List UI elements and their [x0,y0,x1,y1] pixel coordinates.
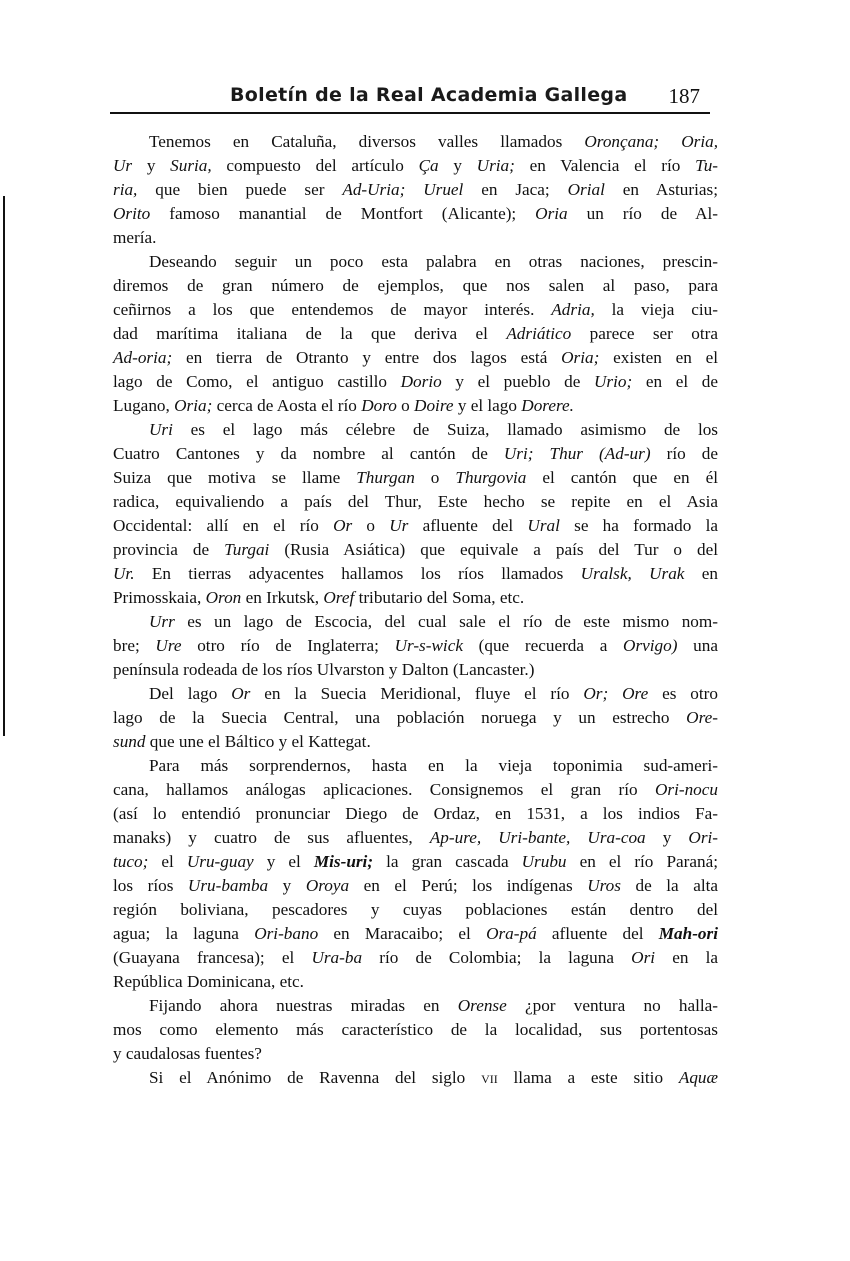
text-line: dad marítima italiana de la que deriva e… [113,322,718,346]
italic-term: Uralsk, Urak [581,564,685,583]
text-run: región boliviana, pescadores y cuyas pob… [113,900,718,919]
text-run: Del lago [149,684,231,703]
bold-italic-term: Mah-ori [659,924,718,943]
text-line: mos como elemento más característico de … [113,1018,718,1042]
text-line: agua; la laguna Ori-bano en Maracaibo; e… [113,922,718,946]
text-line: sund que une el Báltico y el Kattegat. [113,730,718,754]
italic-term: Suria, [170,156,212,175]
text-run: Deseando seguir un poco esta palabra en … [149,252,718,271]
text-line: manaks) y cuatro de sus afluentes, Ap-ur… [113,826,718,850]
text-line: Ur y Suria, compuesto del artículo Ça y … [113,154,718,178]
italic-term: Aquæ [679,1068,718,1087]
italic-term: Thurgan [356,468,415,487]
text-line: ceñirnos a los que entendemos de mayor i… [113,298,718,322]
text-run: provincia de [113,540,224,559]
text-line: los ríos Uru-bamba y Oroya en el Perú; l… [113,874,718,898]
text-line: (así lo entendió pronunciar Diego de Ord… [113,802,718,826]
text-run: manaks) y cuatro de sus afluentes, [113,828,430,847]
text-run: agua; la laguna [113,924,254,943]
italic-term: Ura-ba [311,948,362,967]
text-run: existen en el [599,348,718,367]
text-line: Tenemos en Cataluña, diversos valles lla… [113,130,718,154]
text-run: compuesto del artículo [212,156,419,175]
text-run: y [268,876,306,895]
text-run: río de Colombia; la laguna [362,948,631,967]
text-line: Primosskaia, Oron en Irkutsk, Oref tribu… [113,586,718,610]
text-line: Si el Anónimo de Ravenna del siglo vii l… [113,1066,718,1090]
text-run: Para más sorprendernos, hasta en la viej… [149,756,718,775]
text-line: Cuatro Cantones y da nombre al cantón de… [113,442,718,466]
italic-term: Ur [389,516,408,535]
text-line: región boliviana, pescadores y cuyas pob… [113,898,718,922]
text-run: (así lo entendió pronunciar Diego de Ord… [113,804,718,823]
text-run: Occidental: allí en el río [113,516,333,535]
text-run: En tierras adyacentes hallamos los ríos … [135,564,581,583]
text-run: la vieja ciu- [595,300,718,319]
text-run: en el de [632,372,718,391]
text-run: mería. [113,228,156,247]
text-run: en el río Paraná; [567,852,718,871]
text-run: afluente del [408,516,527,535]
text-run: o [352,516,389,535]
text-line: cana, hallamos análogas aplicaciones. Co… [113,778,718,802]
text-run: Fijando ahora nuestras miradas en [149,996,458,1015]
text-run: o [415,468,456,487]
text-line: Ur. En tierras adyacentes hallamos los r… [113,562,718,586]
paragraph: Deseando seguir un poco esta palabra en … [113,250,718,418]
paragraph: Para más sorprendernos, hasta en la viej… [113,754,718,994]
text-run: República Dominicana, etc. [113,972,304,991]
text-line: bre; Ure otro río de Inglaterra; Ur-s-wi… [113,634,718,658]
italic-term: Orense [458,996,507,1015]
text-run: en Asturias; [605,180,718,199]
text-run: península rodeada de los ríos Ulvarston … [113,660,534,679]
text-run: los ríos [113,876,188,895]
body-text: Tenemos en Cataluña, diversos valles lla… [113,130,718,1090]
paragraph: Tenemos en Cataluña, diversos valles lla… [113,130,718,250]
italic-term: Oria [535,204,567,223]
italic-term: Ori [631,948,655,967]
italic-term: Uria; [477,156,515,175]
text-run: en [684,564,718,583]
text-run: río de [651,444,718,463]
text-run: Primosskaia, [113,588,206,607]
text-run: en Irkutsk, [241,588,323,607]
text-run: y el lago [454,396,522,415]
italic-term: Ure [155,636,181,655]
text-run: parece ser otra [571,324,718,343]
text-run: llama a este sitio [498,1068,679,1087]
italic-term: Adria, [551,300,594,319]
italic-term: Uri [149,420,173,439]
italic-term: tuco; [113,852,148,871]
italic-term: Adriático [506,324,571,343]
italic-term: Or; Ore [583,684,648,703]
text-run: lago de la Suecia Central, una población… [113,708,686,727]
italic-term: Ural [527,516,559,535]
text-run: Cuatro Cantones y da nombre al cantón de [113,444,504,463]
italic-term: Uri; Thur (Ad-ur) [504,444,651,463]
text-line: mería. [113,226,718,250]
paragraph: Urr es un lago de Escocia, del cual sale… [113,610,718,682]
italic-term: Dorere. [521,396,574,415]
italic-term: Oria; [174,396,212,415]
text-run: en el Perú; los indígenas [349,876,587,895]
text-line: lago de la Suecia Central, una población… [113,706,718,730]
text-line: lago de Como, el antiguo castillo Dorio … [113,370,718,394]
text-line: provincia de Turgai (Rusia Asiática) que… [113,538,718,562]
text-run: el cantón que en él [526,468,718,487]
text-line: y caudalosas fuentes? [113,1042,718,1066]
italic-term: Orial [568,180,605,199]
text-line: tuco; el Uru-guay y el Mis-uri; la gran … [113,850,718,874]
text-run: en tierra de Otranto y entre dos lagos e… [172,348,561,367]
text-line: Uri es el lago más célebre de Suiza, lla… [113,418,718,442]
text-line: Urr es un lago de Escocia, del cual sale… [113,610,718,634]
text-line: Ad-oria; en tierra de Otranto y entre do… [113,346,718,370]
italic-term: Uru-bamba [188,876,268,895]
text-run: y [646,828,689,847]
italic-term: Ori-bano [254,924,318,943]
italic-term: Doro [361,396,397,415]
text-run: la gran cascada [373,852,522,871]
text-run: en la Suecia Meridional, fluye el río [250,684,583,703]
italic-term: Doire [414,396,453,415]
small-caps-numeral: vii [481,1068,498,1087]
text-run: una [677,636,718,655]
text-run: o [397,396,414,415]
italic-term: Ur-s-wick [395,636,463,655]
text-run: ¿por ventura no halla- [507,996,718,1015]
italic-term: Oria; [561,348,599,367]
text-run: (Rusia Asiática) que equivale a país del… [269,540,718,559]
italic-term: Ur. [113,564,135,583]
text-run: mos como elemento más característico de … [113,1020,718,1039]
text-run: que une el Báltico y el Kattegat. [145,732,370,751]
italic-term: Or [333,516,352,535]
italic-term: Ap-ure, Uri-bante, Ura-coa [430,828,646,847]
text-line: península rodeada de los ríos Ulvarston … [113,658,718,682]
paragraph: Uri es el lago más célebre de Suiza, lla… [113,418,718,610]
text-run: y el [254,852,314,871]
italic-term: Uros [587,876,621,895]
text-run: en la [655,948,718,967]
italic-term: Urr [149,612,175,631]
italic-term: Oronçana; Oria, [584,132,718,151]
text-run: se ha formado la [560,516,718,535]
paragraph: Fijando ahora nuestras miradas en Orense… [113,994,718,1066]
italic-term: Orvigo) [623,636,677,655]
text-run: diremos de gran número de ejemplos, que … [113,276,718,295]
bold-italic-term: Mis-uri; [314,852,373,871]
text-run: es otro [648,684,718,703]
italic-term: sund [113,732,145,751]
text-run: en Maracaibo; el [318,924,486,943]
text-run: dad marítima italiana de la que deriva e… [113,324,506,343]
italic-term: Oron [206,588,242,607]
text-run: es el lago más célebre de Suiza, llamado… [173,420,718,439]
text-run: y caudalosas fuentes? [113,1044,262,1063]
text-run: Si el Anónimo de Ravenna del siglo [149,1068,481,1087]
text-run: bre; [113,636,155,655]
text-run: lago de Como, el antiguo castillo [113,372,401,391]
text-run: de la alta [621,876,718,895]
text-run: cerca de Aosta el río [212,396,361,415]
running-title: Boletín de la Real Academia Gallega [230,84,627,106]
italic-term: Ori- [688,828,718,847]
text-line: diremos de gran número de ejemplos, que … [113,274,718,298]
italic-term: Ora-pá [486,924,537,943]
text-run: y el pueblo de [442,372,594,391]
italic-term: Orito [113,204,150,223]
text-run: Lugano, [113,396,174,415]
text-line: Del lago Or en la Suecia Meridional, flu… [113,682,718,706]
text-run: radica, equivaliendo a país del Thur, Es… [113,492,718,511]
text-run: en Jaca; [463,180,567,199]
text-line: radica, equivaliendo a país del Thur, Es… [113,490,718,514]
text-run: y [132,156,170,175]
text-run: es un lago de Escocia, del cual sale el … [175,612,718,631]
text-run: otro río de Inglaterra; [182,636,395,655]
text-run: el [148,852,187,871]
text-run: y [439,156,477,175]
text-run: afluente del [537,924,659,943]
text-line: Occidental: allí en el río Or o Ur aflue… [113,514,718,538]
paragraph: Si el Anónimo de Ravenna del siglo vii l… [113,1066,718,1090]
text-run: tributario del Soma, etc. [354,588,524,607]
text-line: ria, que bien puede ser Ad-Uria; Uruel e… [113,178,718,202]
page-number: 187 [669,84,701,109]
italic-term: Urubu [522,852,567,871]
text-run: cana, hallamos análogas aplicaciones. Co… [113,780,655,799]
italic-term: ria, [113,180,137,199]
text-run: en Valencia el río [515,156,695,175]
text-line: (Guayana francesa); el Ura-ba río de Col… [113,946,718,970]
text-line: Fijando ahora nuestras miradas en Orense… [113,994,718,1018]
text-line: Suiza que motiva se llame Thurgan o Thur… [113,466,718,490]
italic-term: Ur [113,156,132,175]
text-run: (que recuerda a [463,636,623,655]
text-line: Deseando seguir un poco esta palabra en … [113,250,718,274]
italic-term: Urio; [594,372,632,391]
text-line: República Dominicana, etc. [113,970,718,994]
text-run: (Guayana francesa); el [113,948,311,967]
italic-term: Oref [323,588,354,607]
text-run: Suiza que motiva se llame [113,468,356,487]
italic-term: Ad-oria; [113,348,172,367]
italic-term: Ori-nocu [655,780,718,799]
text-line: Lugano, Oria; cerca de Aosta el río Doro… [113,394,718,418]
italic-term: Or [231,684,250,703]
text-run: que bien puede ser [137,180,342,199]
text-line: Para más sorprendernos, hasta en la viej… [113,754,718,778]
italic-term: Uru-guay [187,852,254,871]
italic-term: Ad-Uria; Uruel [342,180,463,199]
text-run: Tenemos en Cataluña, diversos valles lla… [149,132,584,151]
italic-term: Oroya [306,876,349,895]
italic-term: Ore- [686,708,718,727]
running-header: Boletín de la Real Academia Gallega 187 [110,80,710,114]
text-run: un río de Al- [568,204,718,223]
paragraph: Del lago Or en la Suecia Meridional, flu… [113,682,718,754]
italic-term: Thurgovia [455,468,526,487]
text-run: famoso manantial de Montfort (Alicante); [150,204,535,223]
text-line: Orito famoso manantial de Montfort (Alic… [113,202,718,226]
text-run: ceñirnos a los que entendemos de mayor i… [113,300,551,319]
italic-term: Tu- [695,156,718,175]
italic-term: Ça [419,156,439,175]
italic-term: Turgai [224,540,269,559]
italic-term: Dorio [401,372,442,391]
scan-margin-line [3,196,5,736]
